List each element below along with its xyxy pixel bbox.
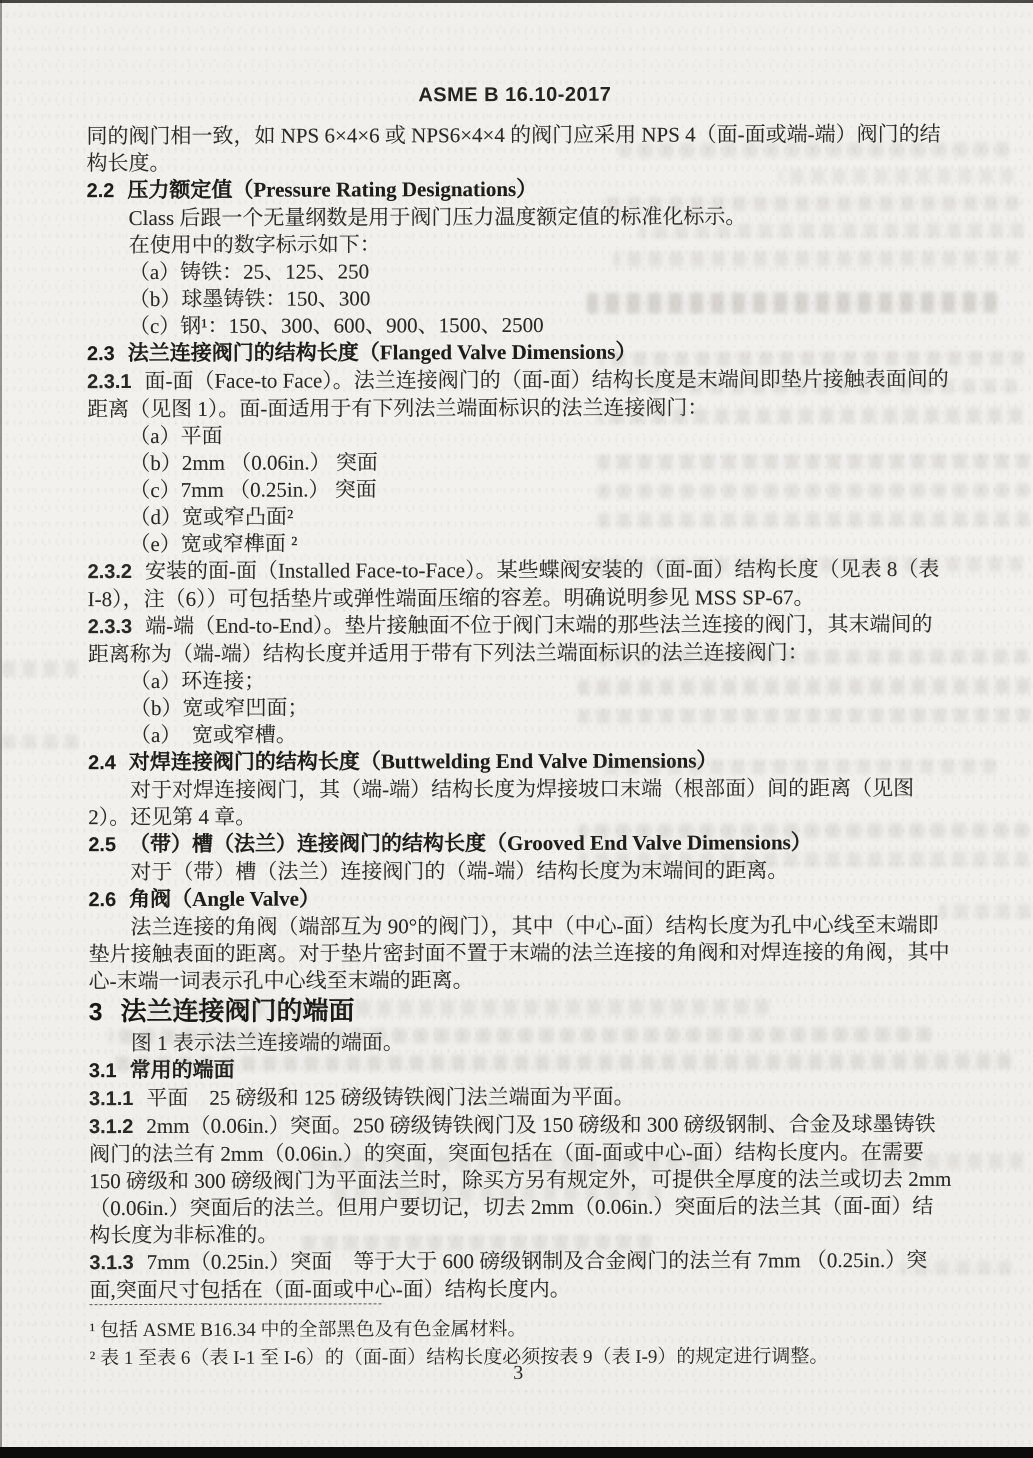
bleedthrough-smudge <box>614 251 1019 267</box>
paragraph: 3.1.22mm（0.06in.）突面。250 磅级铸铁阀门及 150 磅级和 … <box>89 1111 953 1249</box>
text-run: 法兰连接阀门的结构长度（Flanged Valve Dimensions） <box>128 340 637 365</box>
bleedthrough-smudge <box>2 734 78 749</box>
bleedthrough-smudge <box>578 557 1023 573</box>
bleedthrough-smudge <box>597 408 1022 424</box>
list-item: （e）宽或窄榫面 ² <box>87 529 951 558</box>
bleedthrough-smudge <box>2 661 78 676</box>
paragraph: 法兰连接的角阀（端部互为 90°的阀门），其中（中心-面）结构长度为孔中心线至末… <box>88 912 952 995</box>
paragraph: 3.1.1平面 25 磅级和 125 磅级铸铁阀门法兰端面为平面。 <box>89 1083 953 1113</box>
paragraph: 3.1.37mm（0.25in.）突面 等于大于 600 磅级钢制及合金阀门的法… <box>89 1247 953 1304</box>
bleedthrough-smudge <box>109 1027 931 1044</box>
text-run: （b）球墨铸铁：150、300 <box>129 286 371 311</box>
bleedthrough-smudge <box>578 679 1030 695</box>
section-number: 2.3.2 <box>88 561 132 583</box>
page-number: 3 <box>2 1361 1033 1387</box>
text-run: 对于对焊连接阀门，其（端-端）结构长度为焊接坡口末端（根部面）间的距离（见图 2… <box>88 776 914 829</box>
bleedthrough-smudge <box>617 379 1017 395</box>
text-run: 7mm（0.25in.）突面 等于大于 600 磅级钢制及合金阀门的法兰有 7m… <box>89 1248 927 1302</box>
bleedthrough-smudge <box>899 1261 1011 1275</box>
list-item: （a） 宽或窄槽。 <box>88 720 952 749</box>
bleedthrough-smudge <box>938 904 1030 919</box>
text-run: 平面 25 磅级和 125 磅级铸铁阀门法兰端面为平面。 <box>146 1085 634 1110</box>
section-number: 2.6 <box>88 889 116 911</box>
text-run: （b）2mm （0.06in.） 突面 <box>129 450 378 475</box>
text-run: 法兰连接的角阀（端部互为 90°的阀门），其中（中心-面）结构长度为孔中心线至末… <box>89 913 950 993</box>
bleedthrough-smudge <box>598 759 996 775</box>
section-number: 2.4 <box>88 752 116 774</box>
bleedthrough-smudge <box>597 512 1029 528</box>
text-run: （e）宽或窄榫面 ² <box>129 532 297 556</box>
footnote: ¹ 包括 ASME B16.34 中的全部黑色及有色金属材料。 <box>90 1315 970 1345</box>
bleedthrough-smudge <box>599 351 1024 367</box>
section-number: 3.1.3 <box>89 1252 133 1274</box>
text-run: 压力额定值（Pressure Rating Designations） <box>127 177 537 202</box>
page-content: ASME B 16.10-2017 同的阀门相一致，如 NPS 6×4×6 或 … <box>0 0 1033 1458</box>
bleedthrough-smudge <box>578 823 1028 839</box>
text-run: （a）平面 <box>129 424 222 448</box>
section-number: 2.3 <box>87 343 115 365</box>
text-run: 角阀（Angle Valve） <box>129 887 320 911</box>
bleedthrough-smudge <box>299 1235 651 1251</box>
bleedthrough-smudge <box>149 999 769 1016</box>
footnote-divider <box>90 1303 382 1305</box>
text-run: （c）7mm （0.25in.） 突面 <box>129 477 376 502</box>
bleedthrough-smudge <box>599 196 1019 212</box>
section-number: 3.1.2 <box>89 1116 133 1138</box>
text-run: （a）铸铁：25、125、250 <box>129 259 369 284</box>
document-header: ASME B 16.10-2017 <box>0 83 1031 109</box>
section-number: 2.3.1 <box>87 371 131 393</box>
scan-edge-bottom <box>0 1447 1033 1458</box>
bleedthrough-smudge <box>597 454 1029 470</box>
section-number: 3.1.1 <box>89 1088 133 1110</box>
bleedthrough-smudge <box>639 223 1024 239</box>
section-number: 2.2 <box>87 180 115 202</box>
scan-edge-left <box>0 0 2 1458</box>
bleedthrough-smudge <box>329 1186 661 1202</box>
text-run: （d）宽或窄凸面² <box>129 505 293 529</box>
scanned-page: ASME B 16.10-2017 同的阀门相一致，如 NPS 6×4×6 或 … <box>0 0 1033 1458</box>
bleedthrough-smudge <box>618 142 1008 158</box>
text-run: （a）环连接； <box>130 669 265 693</box>
bleedthrough-smudge <box>597 483 1029 499</box>
bleedthrough-smudge <box>299 1155 701 1171</box>
bleedthrough-smudge <box>578 708 1030 724</box>
bleedthrough-smudge <box>109 1054 1011 1071</box>
bleedthrough-smudge <box>587 292 997 314</box>
text-run: （a） 宽或窄槽。 <box>130 723 297 747</box>
list-item: （a）平面 <box>87 421 951 450</box>
bleedthrough-smudge <box>598 649 1028 665</box>
list-item: （c）钢¹：150、300、600、900、1500、2500 <box>87 311 951 340</box>
text-run: 2mm（0.06in.）突面。250 磅级铸铁阀门及 150 磅级和 300 磅… <box>89 1112 951 1247</box>
text-run: 在使用中的数字标示如下： <box>129 232 381 257</box>
bleedthrough-smudge <box>578 852 1028 868</box>
section-heading: 2.6角阀（Angle Valve） <box>88 884 952 914</box>
section-number: 2.3.3 <box>88 616 132 638</box>
section-number: 3 <box>89 999 103 1026</box>
scan-edge-top <box>0 0 1033 3</box>
text-run: （c）钢¹：150、300、600、900、1500、2500 <box>129 313 544 338</box>
section-number: 2.5 <box>88 834 116 856</box>
bleedthrough-smudge <box>851 1154 1023 1169</box>
text-run: （b）宽或窄凹面； <box>130 696 309 720</box>
bleedthrough-smudge <box>779 169 1014 184</box>
